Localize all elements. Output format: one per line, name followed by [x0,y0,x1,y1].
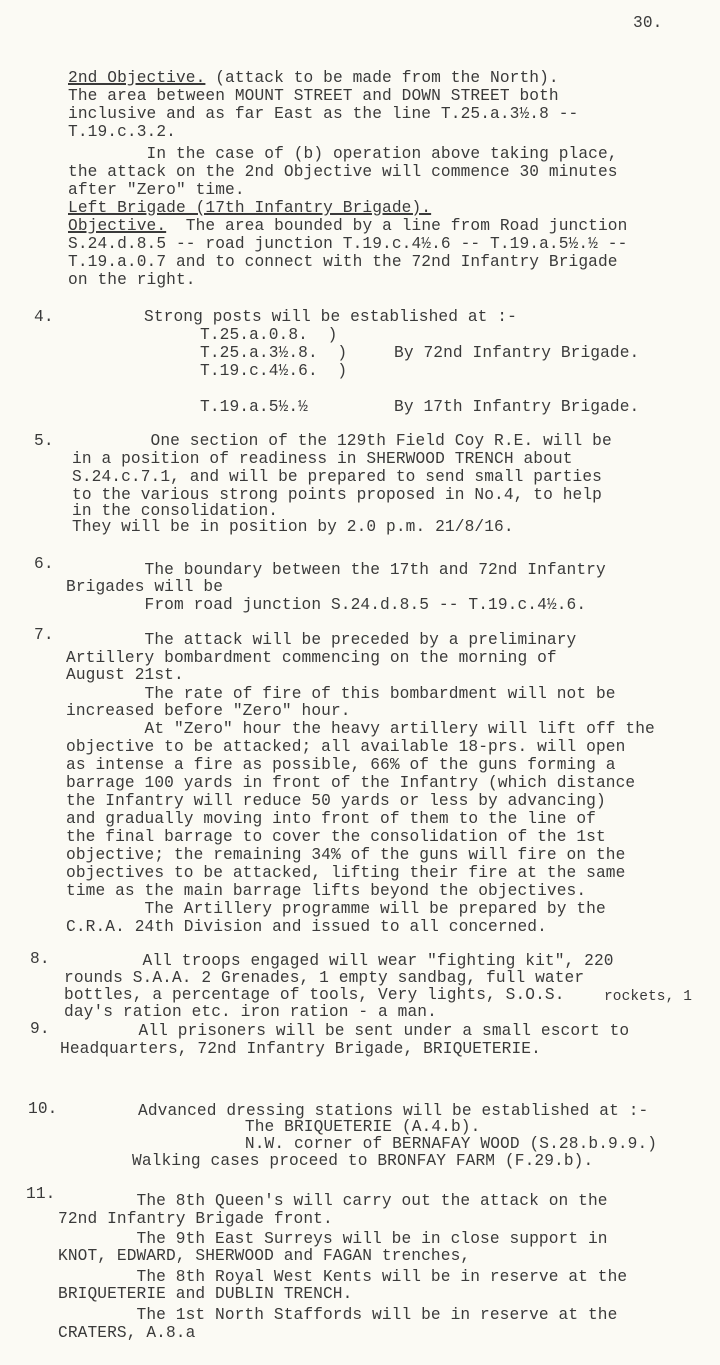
text-line: In the case of (b) operation above takin… [68,145,618,164]
text-line: in a position of readiness in SHERWOOD T… [72,450,573,469]
text-line: as intense a fire as possible, 66% of th… [66,756,616,775]
text-line: BRIQUETERIE and DUBLIN TRENCH. [58,1285,352,1304]
strong-post: T.25.a.0.8. ) [200,326,337,345]
inserted-text: rockets, 1 [604,988,692,1007]
strong-post: T.19.c.4½.6. ) [200,362,347,381]
text-line: Headquarters, 72nd Infantry Brigade, BRI… [60,1040,541,1059]
paragraph-number: 5. [34,432,54,451]
text-line: S.24.c.7.1, and will be prepared to send… [72,468,602,487]
text-line: C.R.A. 24th Division and issued to all c… [66,918,547,937]
text-line: increased before "Zero" hour. [66,702,351,721]
text-line: and gradually moving into front of them … [66,810,596,829]
paragraph-number: 10. [28,1100,57,1119]
strong-post: T.25.a.3½.8. ) [200,344,347,363]
text-line: barrage 100 yards in front of the Infant… [66,774,635,793]
text-line: the final barrage to cover the consolida… [66,828,606,847]
text-line: day's ration etc. iron ration - a man. [64,1003,437,1022]
text-line: time as the main barrage lifts beyond th… [66,882,586,901]
text-line: All prisoners will be sent under a small… [60,1022,629,1041]
section-heading: 2nd Objective. [68,69,205,87]
typewritten-page: 30. 2nd Objective. (attack to be made fr… [0,0,720,1365]
paragraph-number: 6. [34,555,54,574]
text-line: inclusive and as far East as the line T.… [68,105,578,124]
text-line: the Infantry will reduce 50 yards or les… [66,792,606,811]
text-line: on the right. [68,271,196,290]
text-line: They will be in position by 2.0 p.m. 21/… [72,518,514,537]
text-line: CRATERS, A.8.a [58,1324,195,1343]
paragraph-number: 11. [26,1185,55,1204]
text-line: The Artillery programme will be prepared… [66,900,606,919]
text-line: At "Zero" hour the heavy artillery will … [66,720,655,739]
objective-line: Objective. The area bounded by a line fr… [68,217,627,236]
text-line: objectives to be attacked, lifting their… [66,864,625,883]
text-line: objective to be attacked; all available … [66,738,625,757]
text-line: One section of the 129th Field Coy R.E. … [72,432,612,451]
objective-label: Objective. [68,217,166,235]
heading-suffix: (attack to be made from the North). [205,69,558,87]
text-line: August 21st. [66,666,184,685]
text-line: 72nd Infantry Brigade front. [58,1210,333,1229]
page-number: 30. [633,14,662,33]
text-line: after "Zero" time. [68,181,245,200]
text-line: Walking cases proceed to BRONFAY FARM (F… [132,1152,593,1171]
text-line: S.24.d.8.5 -- road junction T.19.c.4½.6 … [68,235,627,254]
text-line: Strong posts will be established at :- [144,308,517,327]
text-line: The attack will be preceded by a prelimi… [66,631,576,650]
text-line: KNOT, EDWARD, SHERWOOD and FAGAN trenche… [58,1247,470,1266]
brigade-label: By 72nd Infantry Brigade. [394,344,639,363]
text-line: the attack on the 2nd Objective will com… [68,163,618,182]
paragraph-number: 8. [30,950,50,969]
text-line: The 1st North Staffords will be in reser… [58,1306,617,1325]
objective-text: The area bounded by a line from Road jun… [166,217,627,235]
text-line: T.19.c.3.2. [68,123,176,142]
strong-post: T.19.a.5½.½ [200,398,308,417]
left-brigade-heading: Left Brigade (17th Infantry Brigade). [68,199,431,218]
text-line: From road junction S.24.d.8.5 -- T.19.c.… [66,596,586,615]
text-line: The 8th Queen's will carry out the attac… [58,1192,608,1211]
text-line: T.19.a.0.7 and to connect with the 72nd … [68,253,618,272]
paragraph-number: 4. [34,308,54,327]
section-2nd-objective-heading-line: 2nd Objective. (attack to be made from t… [68,69,559,88]
text-line: objective; the remaining 34% of the guns… [66,846,625,865]
paragraph-number: 9. [30,1020,50,1039]
paragraph-number: 7. [34,626,54,645]
text-line: Brigades will be [66,578,223,597]
text-line: The area between MOUNT STREET and DOWN S… [68,87,559,106]
brigade-label: By 17th Infantry Brigade. [394,398,639,417]
